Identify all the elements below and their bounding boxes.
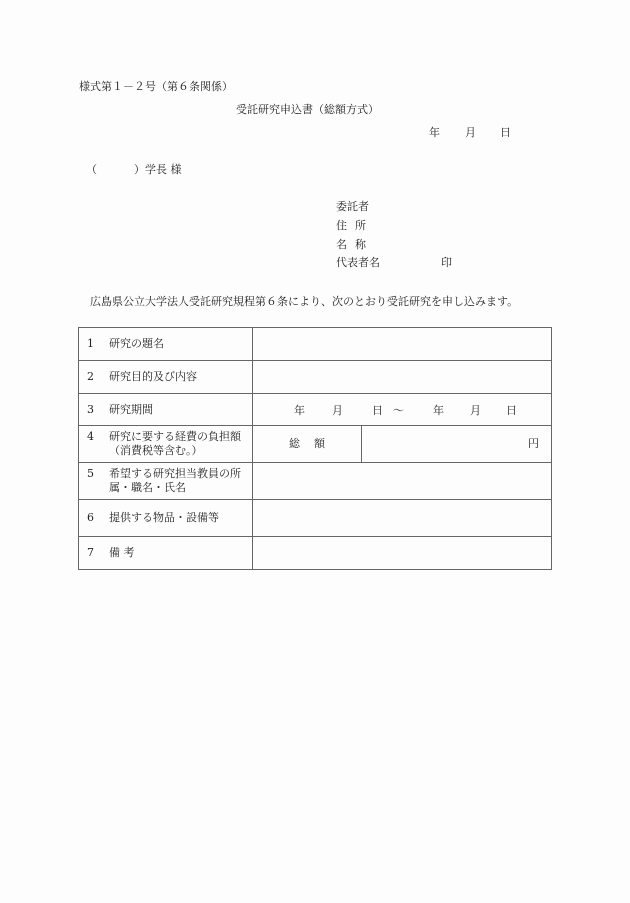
applicant-heading: 委託者 [336,200,369,214]
row-label: 提供する物品・設備等 [109,511,252,525]
end-month-label: 月 [470,402,506,418]
end-year-label: 年 [433,402,470,418]
faculty-field[interactable] [253,463,552,500]
row-label-cell: 6提供する物品・設備等 [79,500,253,537]
applicant-address-label: 住所 [336,219,374,233]
date-day-label: 日 [500,126,511,140]
date-year-label: 年 [429,126,440,140]
document-title: 受託研究申込書（総額方式） [236,103,379,117]
row-label: 備 考 [109,546,252,560]
row-number: 3 [79,403,109,417]
start-day-label: 日 [372,402,393,418]
research-purpose-field[interactable] [253,361,552,394]
table-row-title: 1研究の題名 [79,328,552,361]
yen-unit: 円 [528,437,539,450]
row-label: 研究目的及び内容 [109,370,252,384]
row-number: 6 [79,511,109,525]
total-amount-label: 総額 [253,426,362,462]
row-label-cell: 1研究の題名 [79,328,253,361]
row-label-cell: 3研究期間 [79,394,253,426]
row-number: 1 [79,337,109,351]
row-label: 研究期間 [109,403,252,417]
applicant-representative-label: 代表者名 [336,256,380,270]
row-number: 5 [79,467,109,495]
remarks-field[interactable] [253,537,552,570]
row-label: 研究の題名 [109,337,252,351]
table-row-faculty: 5希望する研究担当教員の所属・職名・氏名 [79,463,552,500]
date-month-label: 月 [465,126,476,140]
application-form-table: 1研究の題名 2研究目的及び内容 3研究期間 年 月 日 ～ 年 月 日 4研究… [78,327,552,570]
research-period-field[interactable]: 年 月 日 ～ 年 月 日 [253,394,552,426]
row-number: 4 [79,430,109,458]
equipment-field[interactable] [253,500,552,537]
form-number: 様式第１－２号（第６条関係） [79,80,233,94]
row-label: 希望する研究担当教員の所属・職名・氏名 [109,467,252,495]
intro-paragraph: 広島県公立大学法人受託研究規程第６条により、次のとおり受託研究を申し込みます。 [79,292,551,311]
seal-label: 印 [441,256,452,270]
start-month-label: 月 [332,402,372,418]
start-year-label: 年 [294,402,332,418]
table-row-remarks: 7備 考 [79,537,552,570]
row-label-cell: 4研究に要する経費の負担額（消費税等含む。） [79,426,253,463]
applicant-name-label: 名称 [336,238,374,252]
row-label: 研究に要する経費の負担額（消費税等含む。） [109,430,252,458]
table-row-purpose: 2研究目的及び内容 [79,361,552,394]
end-day-label: 日 [506,402,517,418]
addressee-president: ）学長 様 [134,163,182,177]
row-number: 2 [79,370,109,384]
total-amount-field[interactable]: 円 [362,426,551,462]
table-row-cost: 4研究に要する経費の負担額（消費税等含む。） 総額 円 [79,426,552,463]
table-row-equipment: 6提供する物品・設備等 [79,500,552,537]
row-label-cell: 2研究目的及び内容 [79,361,253,394]
row-label-cell: 5希望する研究担当教員の所属・職名・氏名 [79,463,253,500]
cost-cell: 総額 円 [253,426,552,463]
addressee-open-paren: （ [86,163,97,177]
period-tilde: ～ [393,402,433,418]
row-label-cell: 7備 考 [79,537,253,570]
table-row-period: 3研究期間 年 月 日 ～ 年 月 日 [79,394,552,426]
research-title-field[interactable] [253,328,552,361]
row-number: 7 [79,546,109,560]
